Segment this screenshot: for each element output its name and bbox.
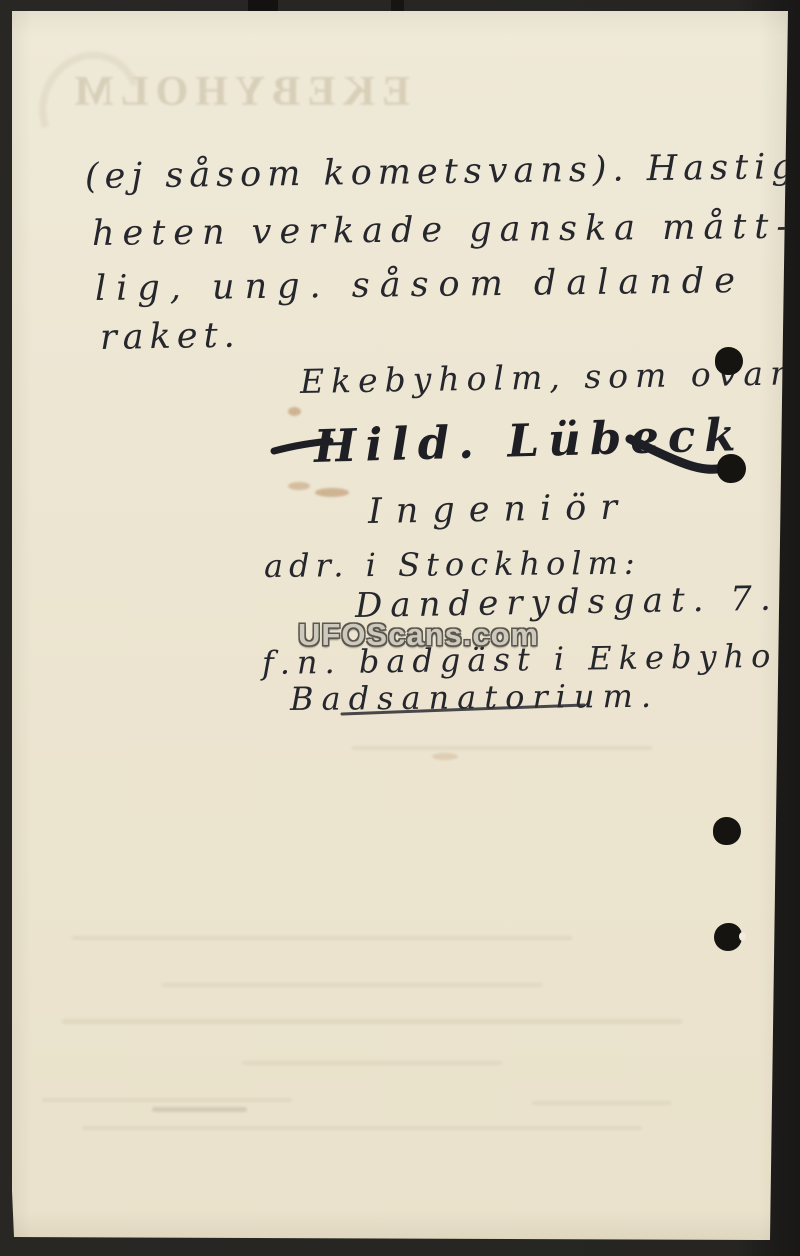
document-scan: EKEBYHOLM (ej såsom kometsvans). Hastig-… xyxy=(0,0,800,1256)
handwritten-line-2: heten verkade ganska mått- xyxy=(92,207,797,254)
punch-hole-4 xyxy=(714,923,742,951)
watermark: UFOScans.com xyxy=(298,617,539,653)
bleedthrough-smudge xyxy=(242,1061,502,1065)
handwritten-line-4: raket. xyxy=(100,316,241,358)
punch-hole-1 xyxy=(715,347,743,375)
foxing-stain xyxy=(315,488,349,497)
bleedthrough-smudge xyxy=(42,1098,292,1102)
letterhead-bleedthrough-text: EKEBYHOLM xyxy=(65,68,410,116)
handwritten-line-3: lig, ung. såsom dalande xyxy=(95,261,745,309)
handwritten-line-title: Ingeniör xyxy=(368,487,632,532)
punch-hole-paper-chip xyxy=(739,932,746,941)
punch-hole-3 xyxy=(713,817,741,845)
bleedthrough-smudge xyxy=(162,983,542,987)
bleedthrough-smudge xyxy=(152,1107,247,1112)
letter-page: EKEBYHOLM (ej såsom kometsvans). Hastig-… xyxy=(12,11,790,1241)
foxing-stain xyxy=(288,482,310,490)
handwritten-line-address-1: adr. i Stockholm: xyxy=(264,544,641,585)
bleedthrough-smudge xyxy=(352,746,652,750)
bleedthrough-smudge xyxy=(72,936,572,940)
bleedthrough-smudge xyxy=(82,1126,642,1130)
foxing-stain xyxy=(288,407,301,416)
foxing-stain xyxy=(432,753,458,760)
handwritten-line-address-4: Badsanatorium. xyxy=(290,677,659,718)
bleedthrough-smudge xyxy=(532,1101,672,1105)
handwritten-line-1: (ej såsom kometsvans). Hastig- xyxy=(85,147,800,197)
bleedthrough-smudge xyxy=(62,1019,682,1024)
signature: Hild. Lübeck xyxy=(313,408,745,473)
punch-hole-2 xyxy=(717,454,746,483)
